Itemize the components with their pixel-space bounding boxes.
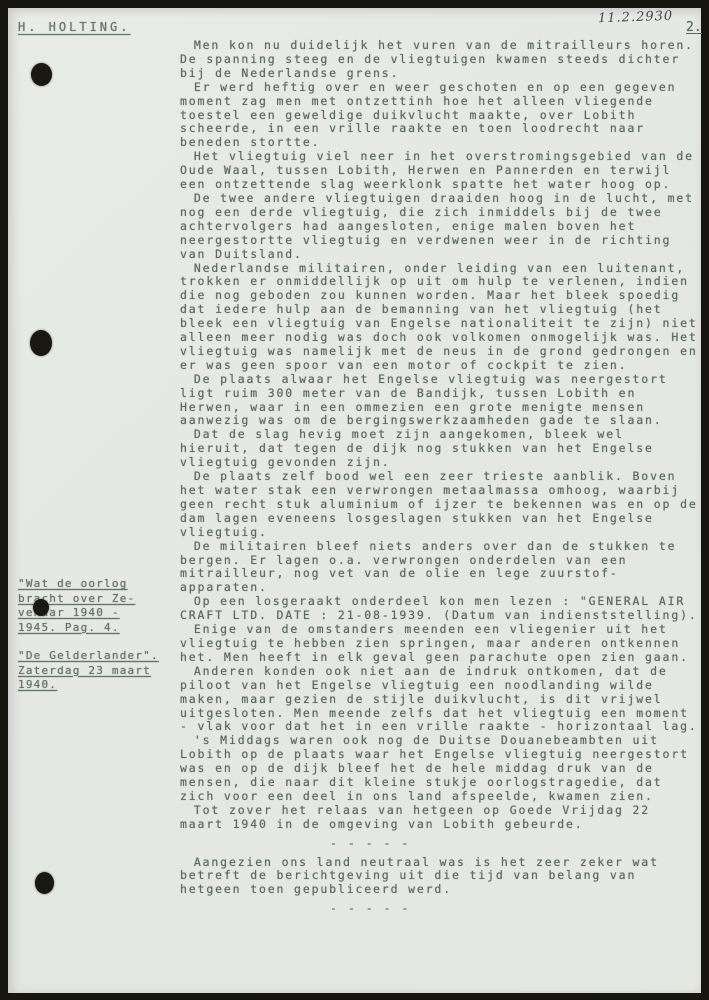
margin-note-line: "Wat de oorlog (18, 577, 180, 592)
paragraph: Enige van de omstanders meenden een vlie… (180, 623, 702, 665)
page-number: 2. (686, 20, 702, 35)
punch-hole (30, 330, 52, 356)
paragraph: Nederlandse militairen, onder leiding va… (180, 262, 702, 373)
author-header: H. HOLTING. (18, 20, 130, 34)
paragraph: Dat de slag hevig moet zijn aangekomen, … (180, 428, 702, 470)
document-body: Men kon nu duidelijk het vuren van de mi… (180, 39, 702, 921)
scanned-page: H. HOLTING. 11.2.2930 2. Men kon nu duid… (8, 8, 701, 993)
paragraph: De militairen bleef niets anders over da… (180, 540, 702, 596)
paragraph: 's Middags waren ook nog de Duitse Douan… (180, 734, 702, 804)
paragraph-group-1: Men kon nu duidelijk het vuren van de mi… (180, 39, 702, 832)
dash-separator: - - - - - (330, 837, 702, 851)
paragraph: Op een losgeraakt onderdeel kon men leze… (180, 595, 702, 623)
paragraph: Anderen konden ook niet aan de indruk on… (180, 665, 702, 735)
margin-note-line: 1940. (18, 678, 180, 693)
paragraph: De plaats zelf bood wel een zeer trieste… (180, 470, 702, 540)
paragraph: Men kon nu duidelijk het vuren van de mi… (180, 39, 702, 81)
punch-hole (31, 63, 52, 86)
handwritten-archive-number: 11.2.2930 (598, 9, 674, 27)
margin-note-line: 1945. Pag. 4. (18, 621, 180, 636)
paragraph: Tot zover het relaas van hetgeen op Goed… (180, 804, 702, 832)
paragraph: Het vliegtuig viel neer in het overstrom… (180, 150, 702, 192)
margin-note-line: "De Gelderlander". (18, 649, 180, 664)
punch-hole (33, 599, 49, 616)
paragraph: De twee andere vliegtuigen draaiden hoog… (180, 192, 702, 262)
punch-hole (35, 872, 54, 894)
paragraph: Er werd heftig over en weer geschoten en… (180, 81, 702, 151)
paragraph-group-2: Aangezien ons land neutraal was is het z… (180, 856, 702, 898)
paragraph: De plaats alwaar het Engelse vliegtuig w… (180, 373, 702, 429)
paragraph: Aangezien ons land neutraal was is het z… (180, 856, 702, 898)
margin-note-line: Zaterdag 23 maart (18, 664, 180, 679)
margin-note-source-newspaper: "De Gelderlander".Zaterdag 23 maart1940. (18, 649, 180, 693)
dash-separator: - - - - - (330, 902, 702, 916)
